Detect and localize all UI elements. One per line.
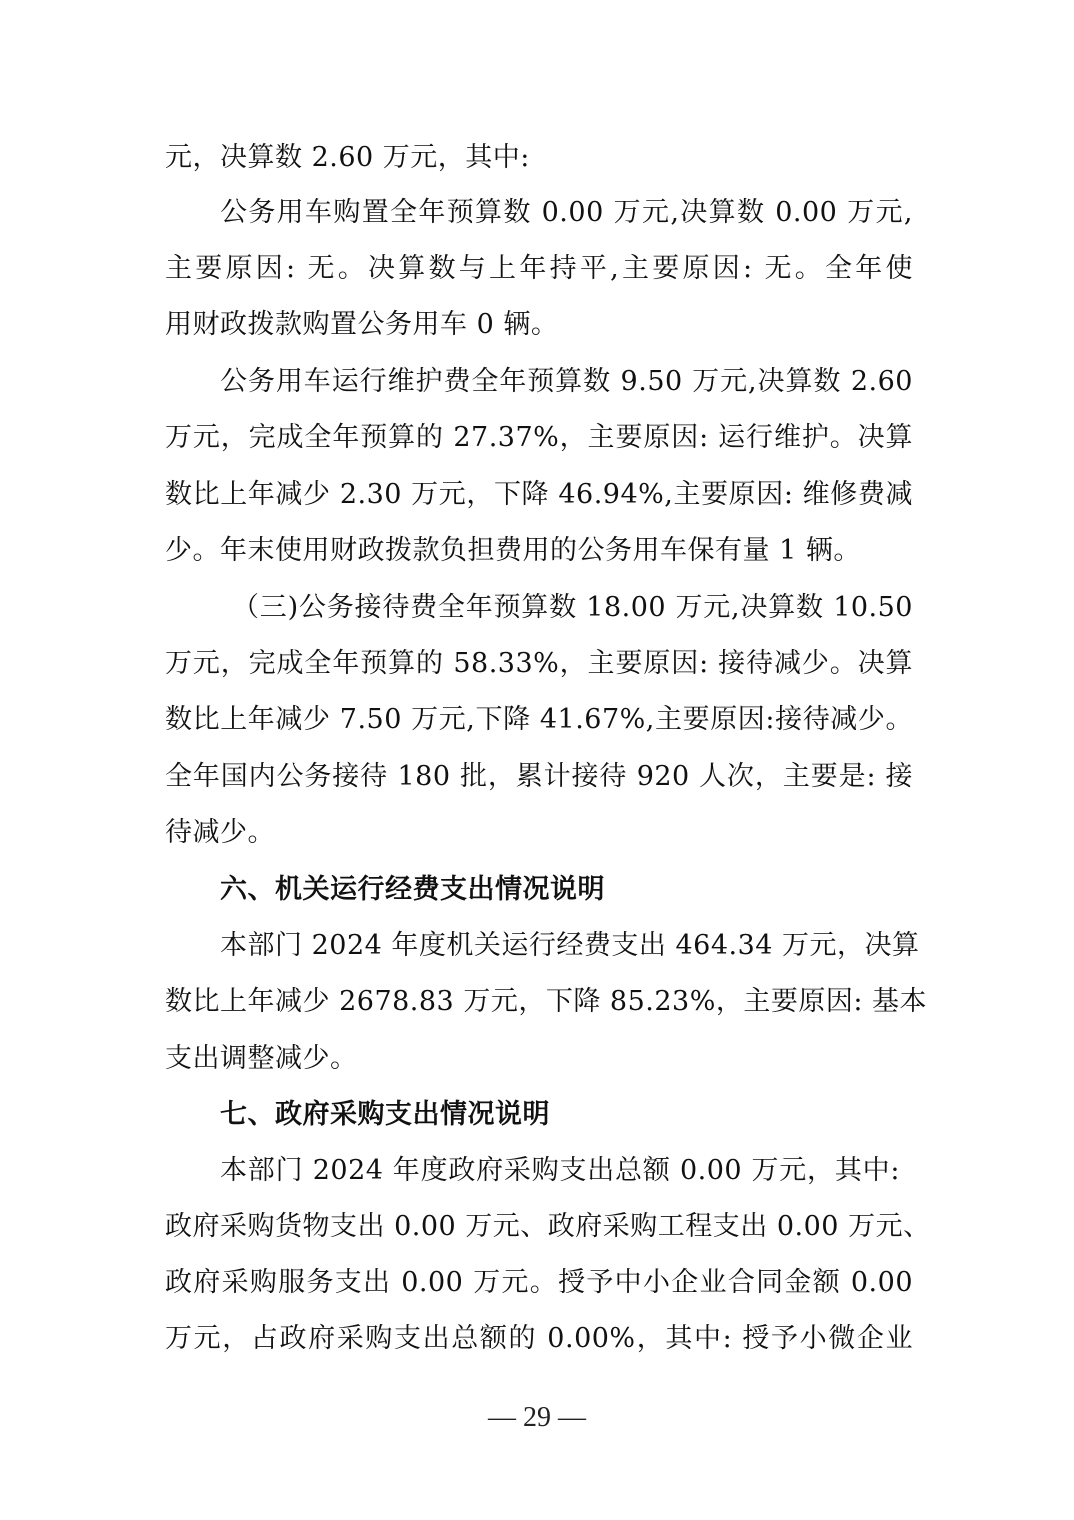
paragraph-line: 元，决算数 2.60 万元，其中: <box>165 138 913 178</box>
page-number: — 29 — <box>0 1398 1074 1438</box>
paragraph-line: 数比上年减少 7.50 万元,下降 41.67%,主要原因:接待减少。 <box>165 700 913 740</box>
section-heading-procurement: 七、政府采购支出情况说明 <box>220 1095 968 1135</box>
document-page: 元，决算数 2.60 万元，其中: 公务用车购置全年预算数 0.00 万元,决算… <box>0 0 1074 1520</box>
paragraph-line: （三)公务接待费全年预算数 18.00 万元,决算数 10.50 <box>232 588 913 628</box>
paragraph-line: 公务用车运行维护费全年预算数 9.50 万元,决算数 2.60 <box>220 362 913 402</box>
paragraph-line: 政府采购货物支出 0.00 万元、政府采购工程支出 0.00 万元、 <box>165 1207 913 1247</box>
paragraph-line: 万元，完成全年预算的 58.33%，主要原因: 接待减少。决算 <box>165 644 913 684</box>
paragraph-line: 本部门 2024 年度政府采购支出总额 0.00 万元，其中: <box>220 1151 900 1191</box>
paragraph-line: 全年国内公务接待 180 批，累计接待 920 人次，主要是: 接 <box>165 757 913 797</box>
paragraph-line: 万元，占政府采购支出总额的 0.00%，其中: 授予小微企业 <box>165 1319 913 1359</box>
paragraph-line: 支出调整减少。 <box>165 1039 913 1079</box>
paragraph-line: 少。年末使用财政拨款负担费用的公务用车保有量 1 辆。 <box>165 531 913 571</box>
paragraph-line: 数比上年减少 2678.83 万元，下降 85.23%，主要原因: 基本 <box>165 982 913 1022</box>
paragraph-line: 待减少。 <box>165 813 913 853</box>
section-heading-operating-expenses: 六、机关运行经费支出情况说明 <box>220 870 968 910</box>
paragraph-line: 本部门 2024 年度机关运行经费支出 464.34 万元，决算 <box>220 926 913 966</box>
paragraph-line: 数比上年减少 2.30 万元，下降 46.94%,主要原因: 维修费减 <box>165 475 913 515</box>
paragraph-line: 用财政拨款购置公务用车 0 辆。 <box>165 305 913 345</box>
paragraph-line: 万元，完成全年预算的 27.37%，主要原因: 运行维护。决算 <box>165 418 913 458</box>
paragraph-line: 政府采购服务支出 0.00 万元。授予中小企业合同金额 0.00 <box>165 1263 913 1303</box>
paragraph-line: 公务用车购置全年预算数 0.00 万元,决算数 0.00 万元, <box>220 193 913 233</box>
paragraph-line: 主要原因: 无。决算数与上年持平,主要原因: 无。全年使 <box>165 249 913 289</box>
